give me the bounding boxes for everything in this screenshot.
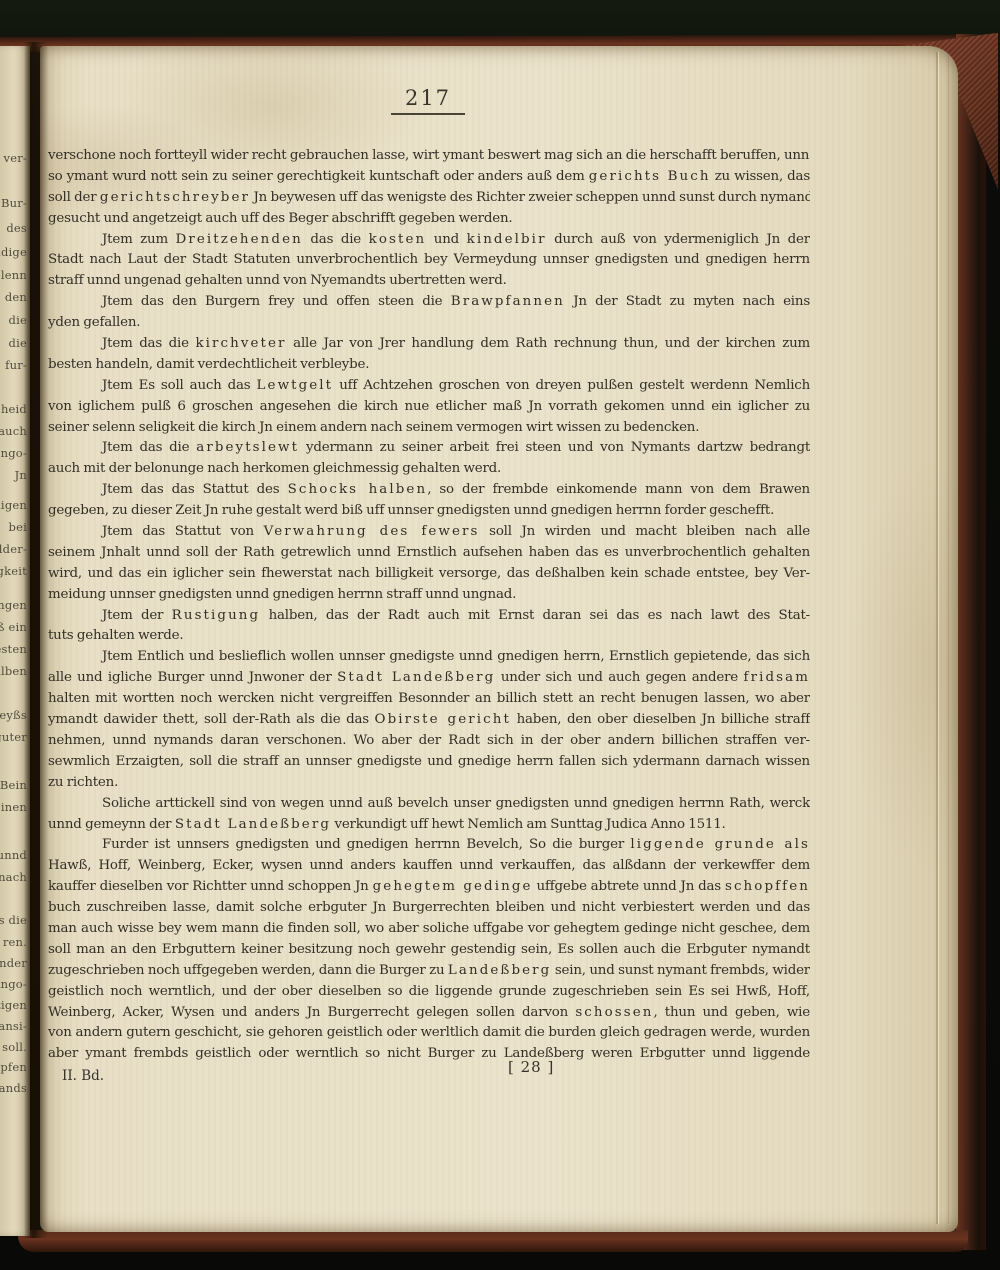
letterspaced-text: kirchveter [195,336,286,351]
margin-fragment: Ango- [0,978,27,991]
text-line: Jtem zum Dreitzehenden das die kosten un… [48,230,810,251]
text-line: zu richten. [48,773,810,794]
margin-fragment: ands [0,1082,27,1095]
letterspaced-text: Brawpfannen [451,294,565,309]
letterspaced-text: Rustigung [172,608,261,623]
margin-fragment: eyßs [0,709,27,722]
text-line: tuts gehalten werde. [48,626,810,647]
margin-fragment: Bein [0,779,27,792]
previous-page-edge: ver-Bur-desndigeelenndendiediefur-scheid… [0,46,30,1236]
letterspaced-text: schopffen [725,879,810,894]
text-line: auch mit der belonunge nach herkomen gle… [48,459,810,480]
text-line: Jtem Es soll auch das Lewtgelt uff Achtz… [48,376,810,397]
margin-fragment: ansi- [0,1020,27,1033]
text-line: gegeben, zu dieser Zeit Jn ruhe gestalt … [48,501,810,522]
margin-fragment: ander [0,957,27,970]
margin-fragment: lder- [0,543,27,556]
text-line: Jtem das den Burgern frey und offen stee… [48,292,810,313]
letterspaced-text: fridsam [744,670,810,685]
text-line: Soliche arttickell sind von wegen unnd a… [48,794,810,815]
letterspaced-text: Landeßberg [448,963,551,978]
margin-fragment: guter [0,731,27,744]
letterspaced-text: kosten [369,232,427,247]
text-line: Stadt nach Laut der Stadt Statuten unver… [48,250,810,271]
text-line: verschone noch fortteyll wider recht geb… [48,146,810,167]
margin-fragment: auch [0,425,27,438]
page-number: 217 [391,86,465,115]
letterspaced-text: liggende grunde als [630,837,810,852]
margin-fragment: Bur- [1,197,27,210]
margin-fragment: ß ein [0,621,27,634]
letterspaced-text: gerichtschreyber [100,190,250,205]
margin-fragment: ndige [0,246,27,259]
text-line: halten mit wortten noch wercken nicht ve… [48,689,810,710]
margin-fragment: unnd [0,849,27,862]
margin-fragment: scheid [0,403,27,416]
margin-fragment: ppfen [0,1061,27,1074]
letterspaced-text: arbeytslewt [196,440,299,455]
text-line: Jtem das die kirchveter alle Jar von Jre… [48,334,810,355]
margin-fragment: fur- [5,359,27,372]
margin-fragment: besten [0,643,27,656]
text-line: buch zuschreiben lasse, damit solche erb… [48,898,810,919]
letterspaced-text: gehegtem gedinge [373,879,533,894]
text-line: seinem Jnhalt unnd soll der Rath getrewl… [48,543,810,564]
text-line: von iglichem pulß 6 groschen angesehen d… [48,397,810,418]
book-page: 217 verschone noch fortteyll wider recht… [40,46,958,1232]
margin-fragment: bei [9,521,27,534]
letterspaced-text: Obirste gericht [375,712,511,727]
text-line: nehmen, unnd nymands daran verschonen. W… [48,731,810,752]
margin-fragment: ungo- [0,447,27,460]
text-line: unnd gemeynn der Stadt Landeßberg verkun… [48,815,810,836]
text-line: soll man an den Erbguttern keiner besitz… [48,940,810,961]
text-line: kauffer dieselben vor Richtter unnd scho… [48,877,810,898]
letterspaced-text: schossen [575,1005,653,1020]
margin-fragment: ver- [4,152,28,165]
text-line: von andern gutern geschicht, sie gehoren… [48,1023,810,1044]
text-line: Hawß, Hoff, Weinberg, Ecker, wysen unnd … [48,856,810,877]
margin-fragment: des [6,222,27,235]
text-line: meidung unnser gnedigsten unnd gnedigen … [48,585,810,606]
book-photo: ver-Bur-desndigeelenndendiediefur-scheid… [0,0,1000,1270]
text-line: seiner selenn seligkeit die kirch Jn ein… [48,418,810,439]
text-line: Jtem das die arbeytslewt ydermann zu sei… [48,438,810,459]
signature-mark: [ 28 ] [508,1058,554,1076]
letterspaced-text: Stadt Landeßberg [337,670,495,685]
text-line: man auch wisse bey wem mann die finden s… [48,919,810,940]
leather-cover-bottom-edge [18,1230,968,1252]
letterspaced-text: Lewtgelt [257,378,334,393]
volume-label: II. Bd. [62,1068,104,1084]
text-line: zugeschrieben noch uffgegeben werden, da… [48,961,810,982]
page-header: 217 [48,86,808,115]
margin-fragment: nach [0,871,27,884]
text-line: Weinberg, Acker, Wysen und anders Jn Bur… [48,1003,810,1024]
margin-fragment: die [9,337,27,350]
margin-fragment: soll. [2,1041,27,1054]
margin-fragment: alben [0,665,27,678]
letterspaced-text: gerichts Buch [589,169,711,184]
text-line: aber ymant frembds geistlich oder werntl… [48,1044,810,1065]
text-line: gesucht und angetzeigt auch uff des Bege… [48,209,810,230]
margin-fragment: einen [0,801,27,814]
text-line: alle und igliche Burger unnd Jnwoner der… [48,668,810,689]
text-line: wird, und das ein iglicher sein fhewerst… [48,564,810,585]
text-line: Jtem Entlich und beslieflich wollen unns… [48,647,810,668]
text-line: Jtem das Stattut von Verwahrung des fewe… [48,522,810,543]
letterspaced-text: Schocks halben [288,482,428,497]
margin-fragment: stigen [0,999,27,1012]
margin-fragment: den [5,291,27,304]
letterspaced-text: Verwahrung des fewers [264,524,480,539]
margin-fragment: igkeit [0,565,27,578]
text-line: besten handeln, damit verdechtlicheit ve… [48,355,810,376]
margin-fragment: s die [0,914,27,927]
text-line: geistlich noch werntlich, und der ober d… [48,982,810,1003]
letterspaced-text: Dreitzehenden [176,232,303,247]
page-crease [936,52,938,1224]
margin-fragment: die [9,314,27,327]
text-line: straff unnd ungenad gehalten unnd von Ny… [48,271,810,292]
letterspaced-text: kindelbir [467,232,547,247]
page-crease [948,52,949,1224]
text-line: ymandt dawider thett, soll der-Rath als … [48,710,810,731]
text-line: soll der gerichtschreyber Jn beywesen uf… [48,188,810,209]
margin-fragment: elenn [0,269,27,282]
text-line: so ymant wurd nott sein zu seiner gerech… [48,167,810,188]
leather-cover-right-edge [956,34,986,1250]
text-line: Furder ist unnsers gnedigsten und gnedig… [48,835,810,856]
margin-fragment: digen [0,499,27,512]
text-line: yden gefallen. [48,313,810,334]
text-block: verschone noch fortteyll wider recht geb… [48,146,810,1065]
margin-fragment: ren. [3,936,27,949]
margin-fragment: Jn [15,469,27,482]
margin-fragment: ungen [0,599,27,612]
text-line: Jtem der Rustigung halben, das der Radt … [48,606,810,627]
text-line: sewmlich Erzaigten, soll die straff an u… [48,752,810,773]
text-line: Jtem das das Stattut des Schocks halben,… [48,480,810,501]
letterspaced-text: Stadt Landeßberg [175,817,331,832]
